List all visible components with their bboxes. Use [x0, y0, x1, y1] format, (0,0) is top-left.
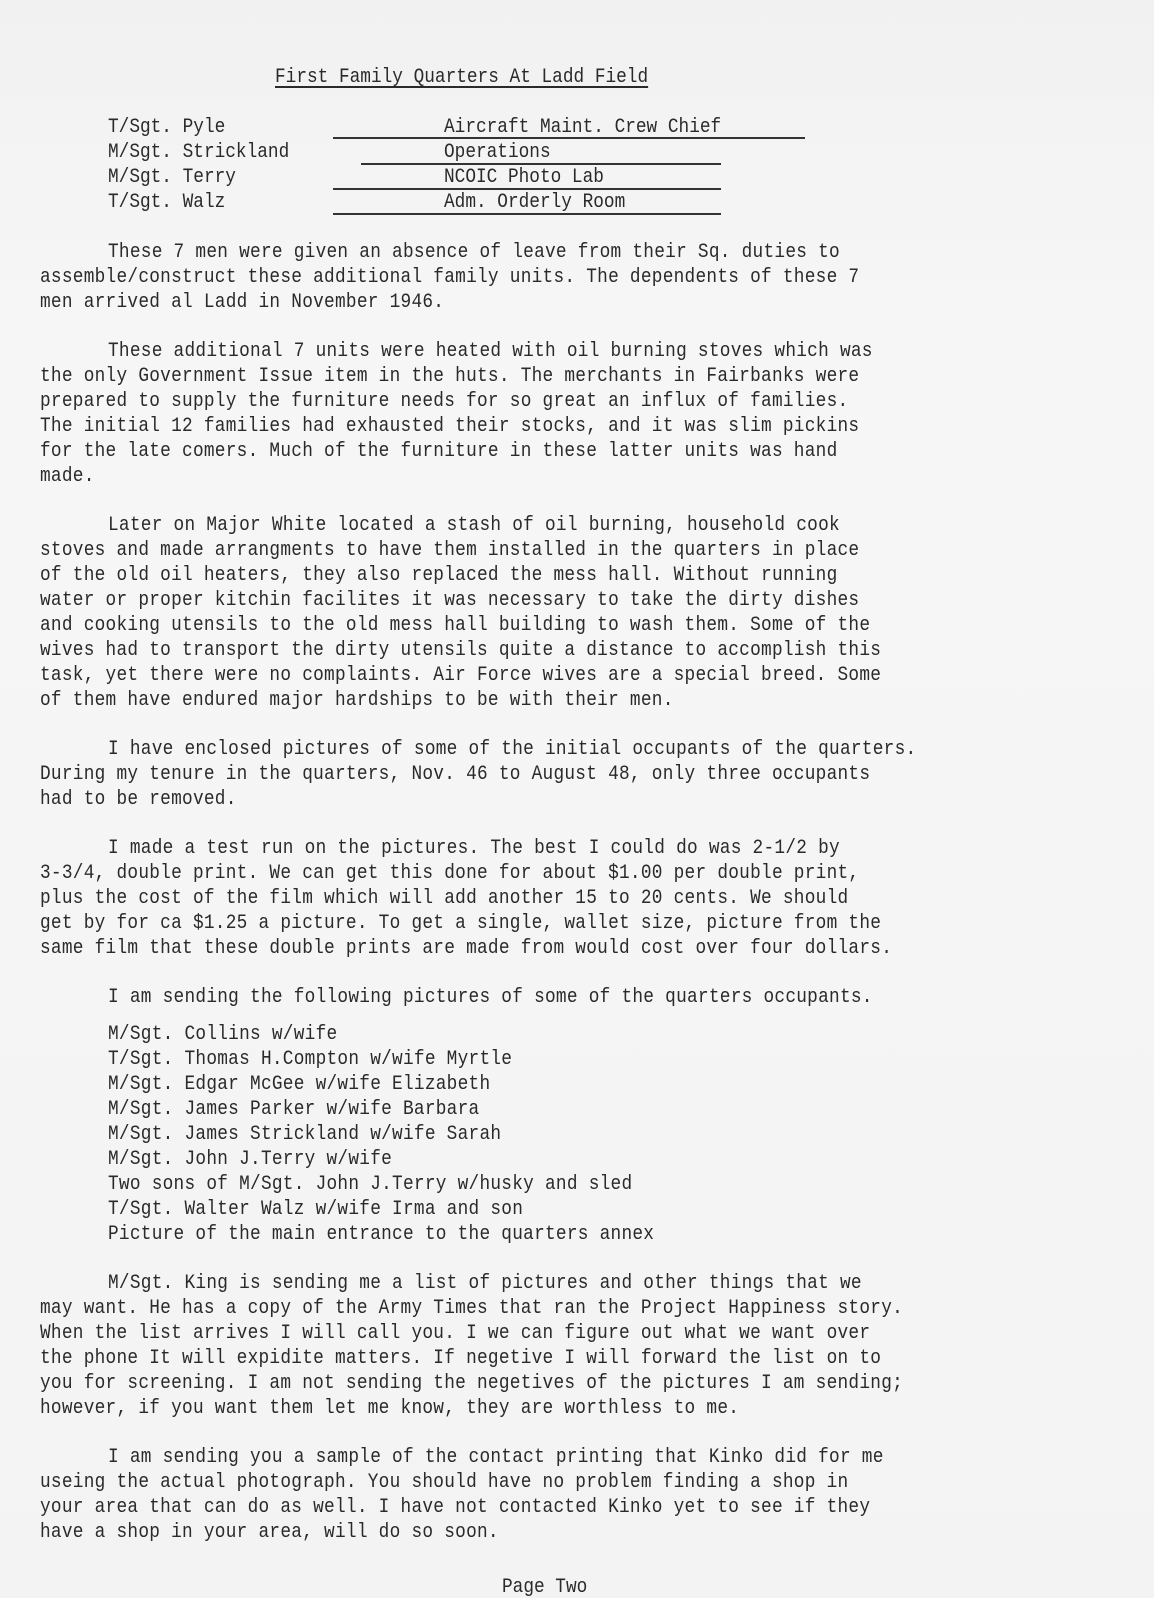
roster-rank-name: M/Sgt. Strickland — [108, 141, 289, 165]
text-line: M/Sgt. King is sending me a list of pict… — [108, 1272, 862, 1296]
text-line: and cooking utensils to the old mess hal… — [40, 614, 870, 638]
typewritten-page: First Family Quarters At Ladd Field T/Sg… — [0, 0, 1154, 1598]
text-line: When the list arrives I will call you. I… — [40, 1322, 870, 1346]
text-line: I made a test run on the pictures. The b… — [108, 837, 840, 861]
text-line: plus the cost of the film which will add… — [40, 887, 848, 911]
text-line: for the late comers. Much of the furnitu… — [40, 440, 838, 464]
text-line: The initial 12 families had exhausted th… — [40, 415, 859, 439]
roster-duty: Adm. Orderly Room — [444, 191, 625, 215]
list-item: M/Sgt. James Parker w/wife Barbara — [108, 1098, 479, 1122]
text-line: assemble/construct these additional fami… — [40, 266, 859, 290]
text-line: prepared to supply the furniture needs f… — [40, 390, 848, 414]
text-line: These additional 7 units were heated wit… — [108, 340, 873, 364]
list-item: T/Sgt. Thomas H.Compton w/wife Myrtle — [108, 1048, 512, 1072]
text-line: of them have endured major hardships to … — [40, 689, 674, 713]
text-line: Later on Major White located a stash of … — [108, 514, 840, 538]
list-item: Two sons of M/Sgt. John J.Terry w/husky … — [108, 1173, 632, 1197]
roster-duty: NCOIC Photo Lab — [444, 166, 604, 190]
text-line: you for screening. I am not sending the … — [40, 1372, 903, 1396]
list-item: M/Sgt. John J.Terry w/wife — [108, 1148, 392, 1172]
text-line: I have enclosed pictures of some of the … — [108, 738, 916, 762]
text-line: During my tenure in the quarters, Nov. 4… — [40, 763, 870, 787]
roster-duty: Operations — [444, 141, 551, 165]
document-title: First Family Quarters At Ladd Field — [275, 66, 648, 90]
text-line: I am sending the following pictures of s… — [108, 986, 873, 1010]
text-line: men arrived al Ladd in November 1946. — [40, 291, 444, 315]
text-line: These 7 men were given an absence of lea… — [108, 241, 840, 265]
text-line: have a shop in your area, will do so soo… — [40, 1521, 499, 1545]
text-line: 3-3/4, double print. We can get this don… — [40, 862, 859, 886]
roster-rank-name: T/Sgt. Walz — [108, 191, 225, 215]
roster-rank-name: M/Sgt. Terry — [108, 166, 236, 190]
text-line: may want. He has a copy of the Army Time… — [40, 1297, 903, 1321]
text-line: however, if you want them let me know, t… — [40, 1397, 739, 1421]
text-line: same film that these double prints are m… — [40, 937, 892, 961]
list-item: Picture of the main entrance to the quar… — [108, 1223, 654, 1247]
list-item: M/Sgt. Edgar McGee w/wife Elizabeth — [108, 1073, 490, 1097]
text-line: the only Government Issue item in the hu… — [40, 365, 859, 389]
text-line: water or proper kitchin facilites it was… — [40, 589, 859, 613]
list-item: M/Sgt. Collins w/wife — [108, 1023, 337, 1047]
list-item: T/Sgt. Walter Walz w/wife Irma and son — [108, 1198, 523, 1222]
text-line: get by for ca $1.25 a picture. To get a … — [40, 912, 881, 936]
list-item: M/Sgt. James Strickland w/wife Sarah — [108, 1123, 501, 1147]
text-line: stoves and made arrangments to have them… — [40, 539, 859, 563]
text-line: had to be removed. — [40, 788, 237, 812]
text-line: the phone It will expidite matters. If n… — [40, 1347, 881, 1371]
text-line: I am sending you a sample of the contact… — [108, 1446, 884, 1470]
text-line: made. — [40, 465, 95, 489]
text-line: of the old oil heaters, they also replac… — [40, 564, 838, 588]
text-line: useing the actual photograph. You should… — [40, 1471, 848, 1495]
text-line: your area that can do as well. I have no… — [40, 1496, 870, 1520]
roster-rank-name: T/Sgt. Pyle — [108, 116, 225, 140]
text-line: wives had to transport the dirty utensil… — [40, 639, 881, 663]
text-line: task, yet there were no complaints. Air … — [40, 664, 881, 688]
page-label: Page Two — [502, 1576, 587, 1598]
roster-duty: Aircraft Maint. Crew Chief — [444, 116, 721, 140]
